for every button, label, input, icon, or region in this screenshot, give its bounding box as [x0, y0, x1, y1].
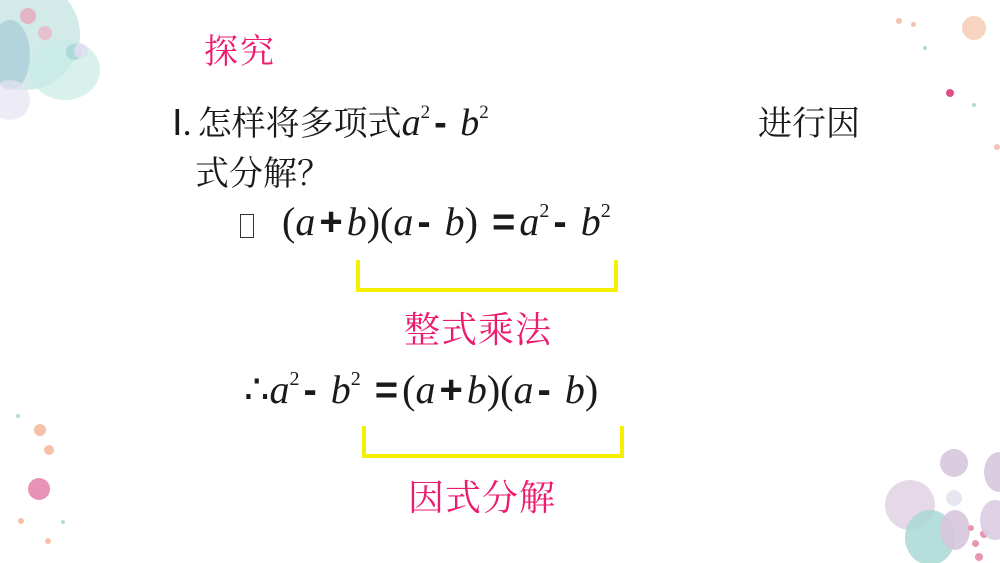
- bracket-factorization: [362, 426, 624, 458]
- question-expression: a2- b2: [402, 102, 489, 144]
- missing-glyph-icon: [240, 214, 254, 238]
- slide-title: 探究: [204, 24, 276, 73]
- question-suffix: 进行因: [758, 96, 860, 145]
- equation-multiplication: (a+b)(a- b) =a2- b2: [240, 198, 611, 245]
- label-factorization: 因式分解: [408, 470, 556, 521]
- label-polynomial-multiplication: 整式乘法: [404, 302, 552, 353]
- question-line-2: 式分解？: [195, 146, 331, 195]
- therefore-symbol: ∴: [244, 367, 269, 412]
- equation-factorization: ∴a2- b2 =(a+b)(a- b): [244, 366, 598, 413]
- question-line-1: Ⅰ.怎样将多项式a2- b2: [172, 96, 489, 145]
- bracket-multiplication: [356, 260, 618, 292]
- question-number: Ⅰ.: [172, 103, 192, 143]
- question-prefix: 怎样将多项式: [198, 104, 402, 144]
